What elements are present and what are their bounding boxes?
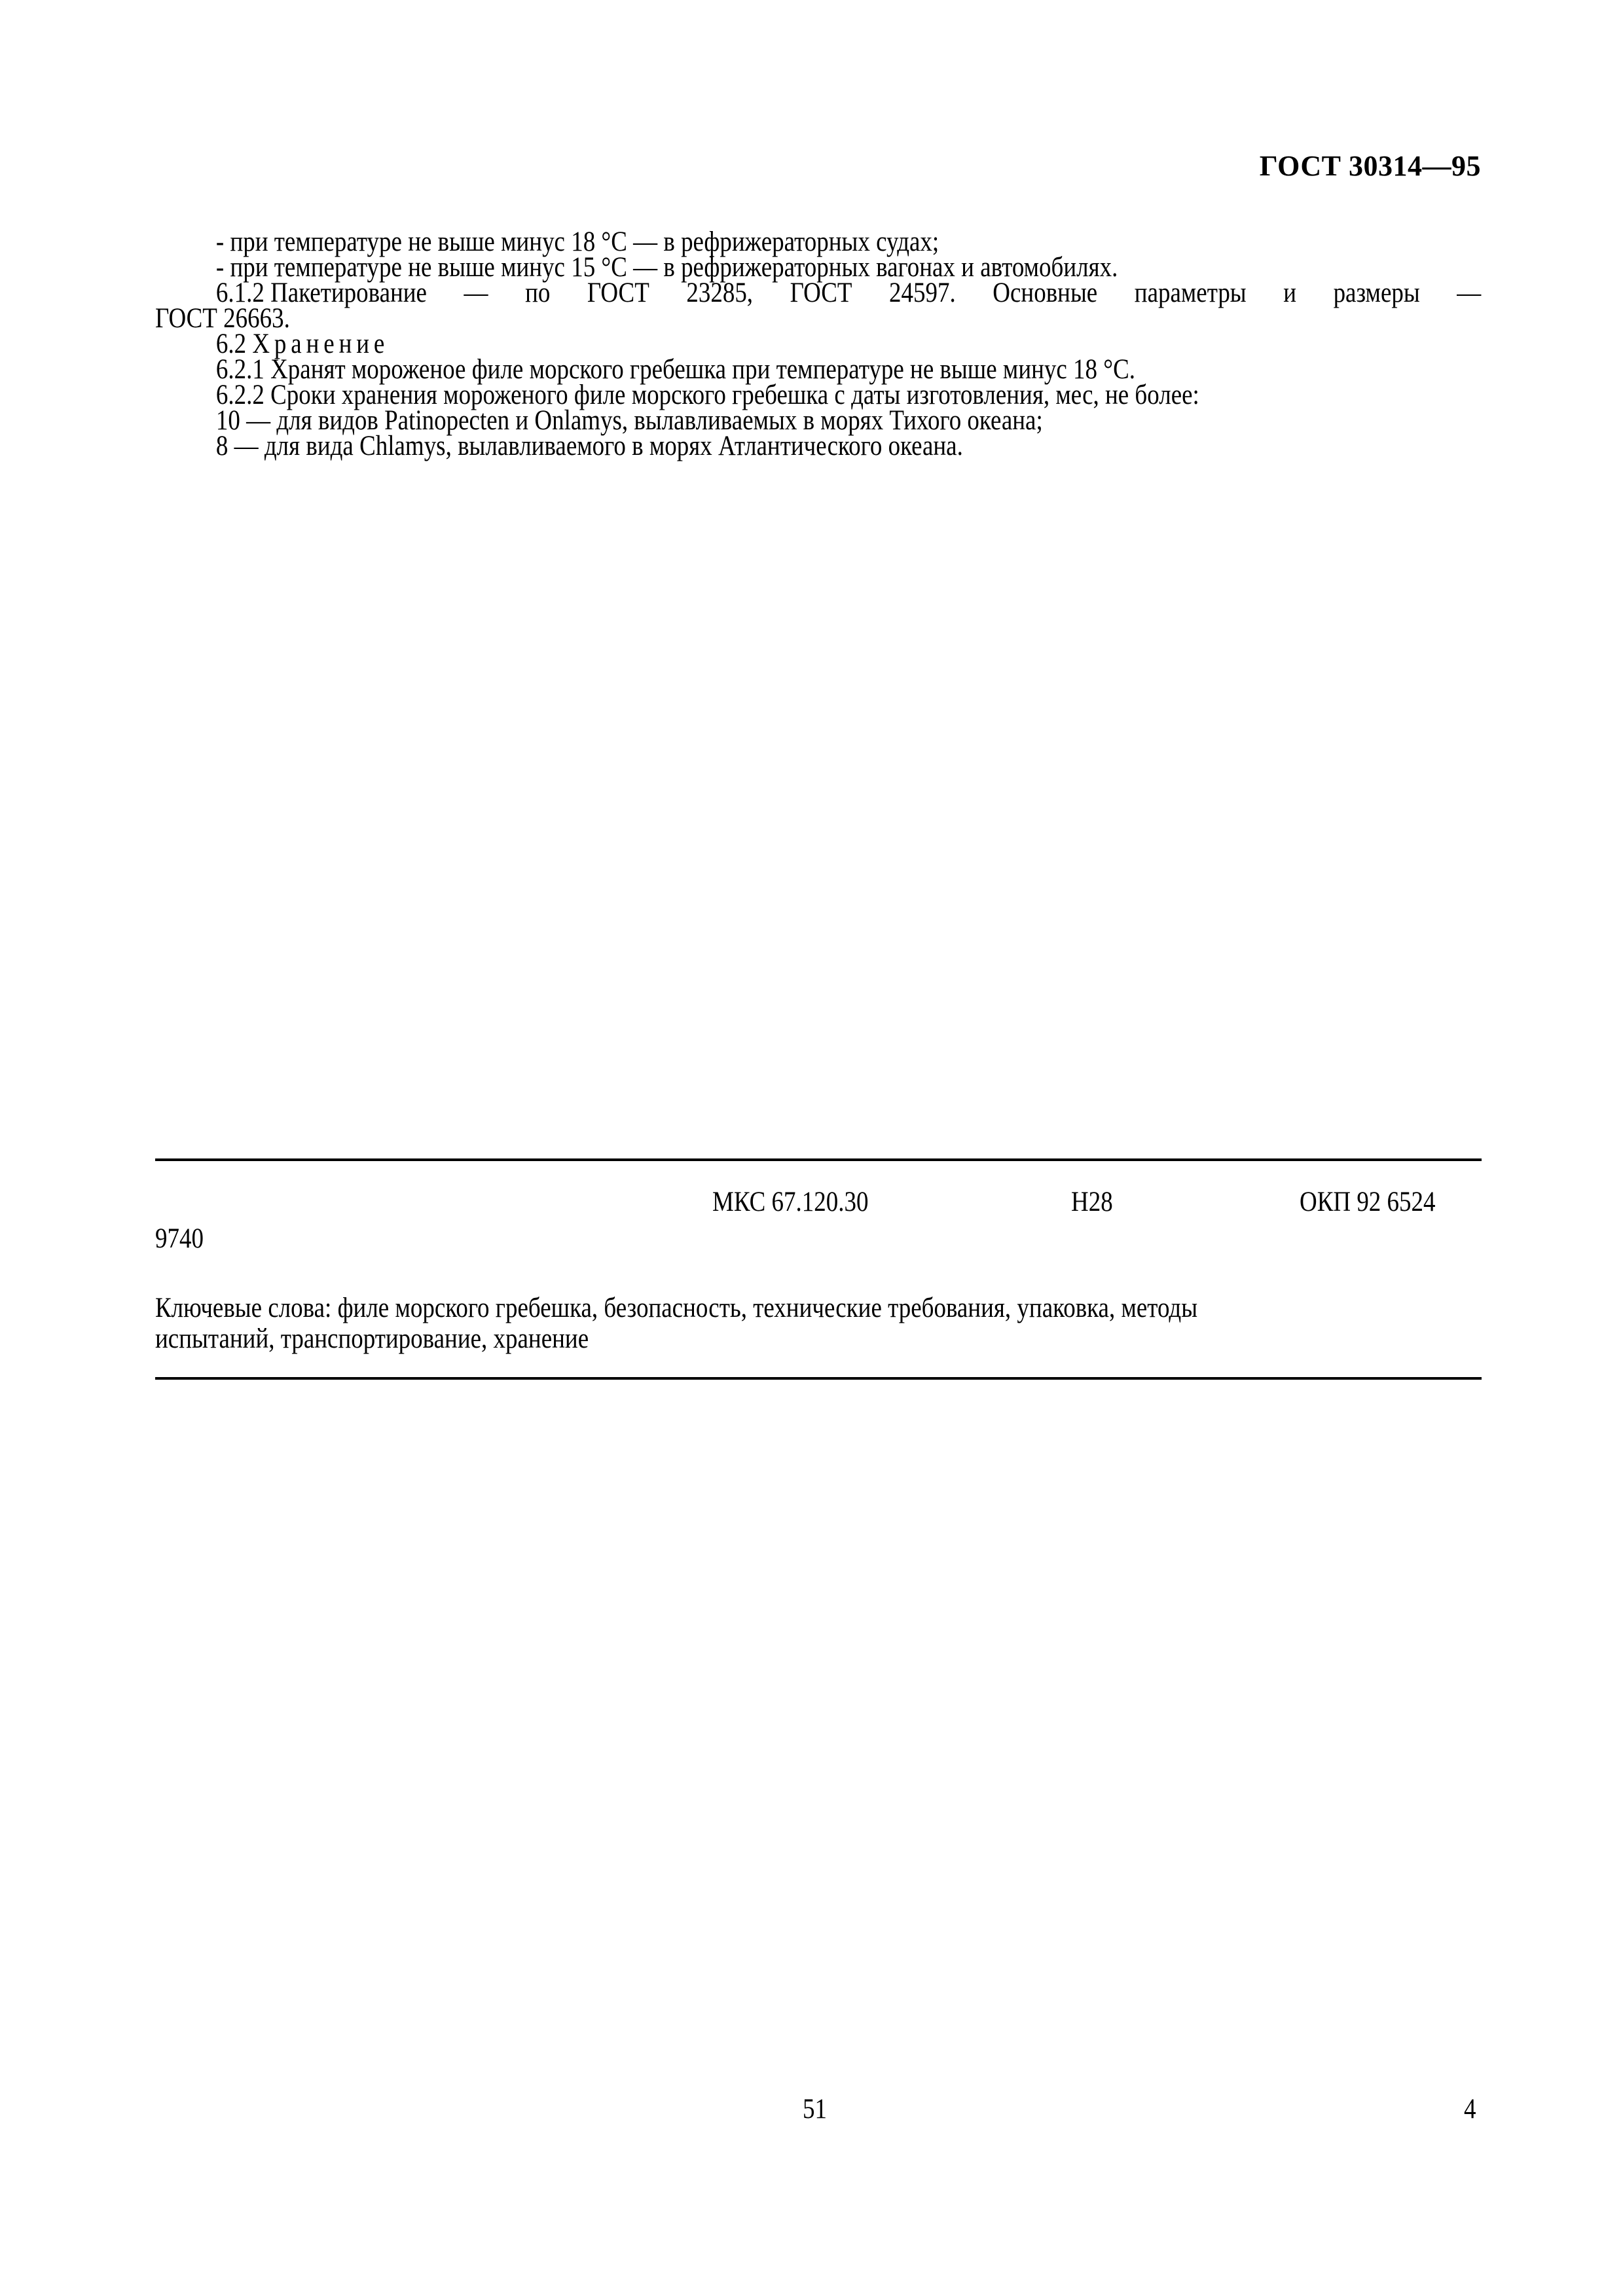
clause-word: параметры: [1135, 280, 1247, 306]
page-number-center: 51: [803, 2093, 827, 2125]
mks-code: МКС 67.120.30: [712, 1186, 868, 1218]
clause-6-2-1: 6.2.1 Хранят мороженое филе морского гре…: [155, 357, 1481, 382]
clause-word: ГОСТ: [790, 280, 852, 306]
clause-word: Основные: [993, 280, 1097, 306]
keywords-line-1: Ключевые слова: филе морского гребешка, …: [155, 1293, 1481, 1323]
clause-6-2-2: 6.2.2 Сроки хранения мороженого филе мор…: [155, 382, 1481, 408]
clause-6-1-2-continuation: ГОСТ 26663.: [155, 306, 1481, 331]
page-number-right: 4: [1464, 2093, 1476, 2125]
document-body: - при температуре не выше минус 18 °С — …: [155, 229, 1481, 459]
clause-word: размеры: [1334, 280, 1420, 306]
category-code: Н28: [1071, 1186, 1113, 1218]
keywords: Ключевые слова: филе морского гребешка, …: [155, 1293, 1481, 1354]
section-6-2-heading: 6.2 Хранение: [155, 331, 1481, 357]
divider-bottom: [155, 1377, 1482, 1380]
storage-item-10: 10 — для видов Patinopecten и Onlamys, в…: [155, 408, 1481, 433]
clause-word: —: [1457, 280, 1481, 306]
clause-word: по: [525, 280, 550, 306]
temperature-line-wagons: - при температуре не выше минус 15 °С — …: [155, 255, 1481, 280]
clause-6-1-2-line: 6.1.2 Пакетирование—поГОСТ23285,ГОСТ2459…: [155, 280, 1481, 306]
okp-code: ОКП 92 6524: [1300, 1186, 1436, 1218]
temperature-line-ships: - при температуре не выше минус 18 °С — …: [155, 229, 1481, 255]
clause-word: и: [1283, 280, 1296, 306]
clause-word: 23285,: [686, 280, 753, 306]
clause-word: 6.1.2 Пакетирование: [216, 280, 427, 306]
divider-top: [155, 1158, 1482, 1161]
keywords-line-2: испытаний, транспортирование, хранение: [155, 1323, 1481, 1354]
standard-header: ГОСТ 30314—95: [1260, 149, 1481, 183]
clause-word: ГОСТ: [587, 280, 649, 306]
okp-code-continuation: 9740: [155, 1223, 204, 1255]
clause-word: —: [464, 280, 488, 306]
clause-word: 24597.: [889, 280, 956, 306]
storage-item-8: 8 — для вида Chlamys, вылавливаемого в м…: [155, 433, 1481, 459]
document-page: ГОСТ 30314—95 - при температуре не выше …: [0, 0, 1623, 2296]
